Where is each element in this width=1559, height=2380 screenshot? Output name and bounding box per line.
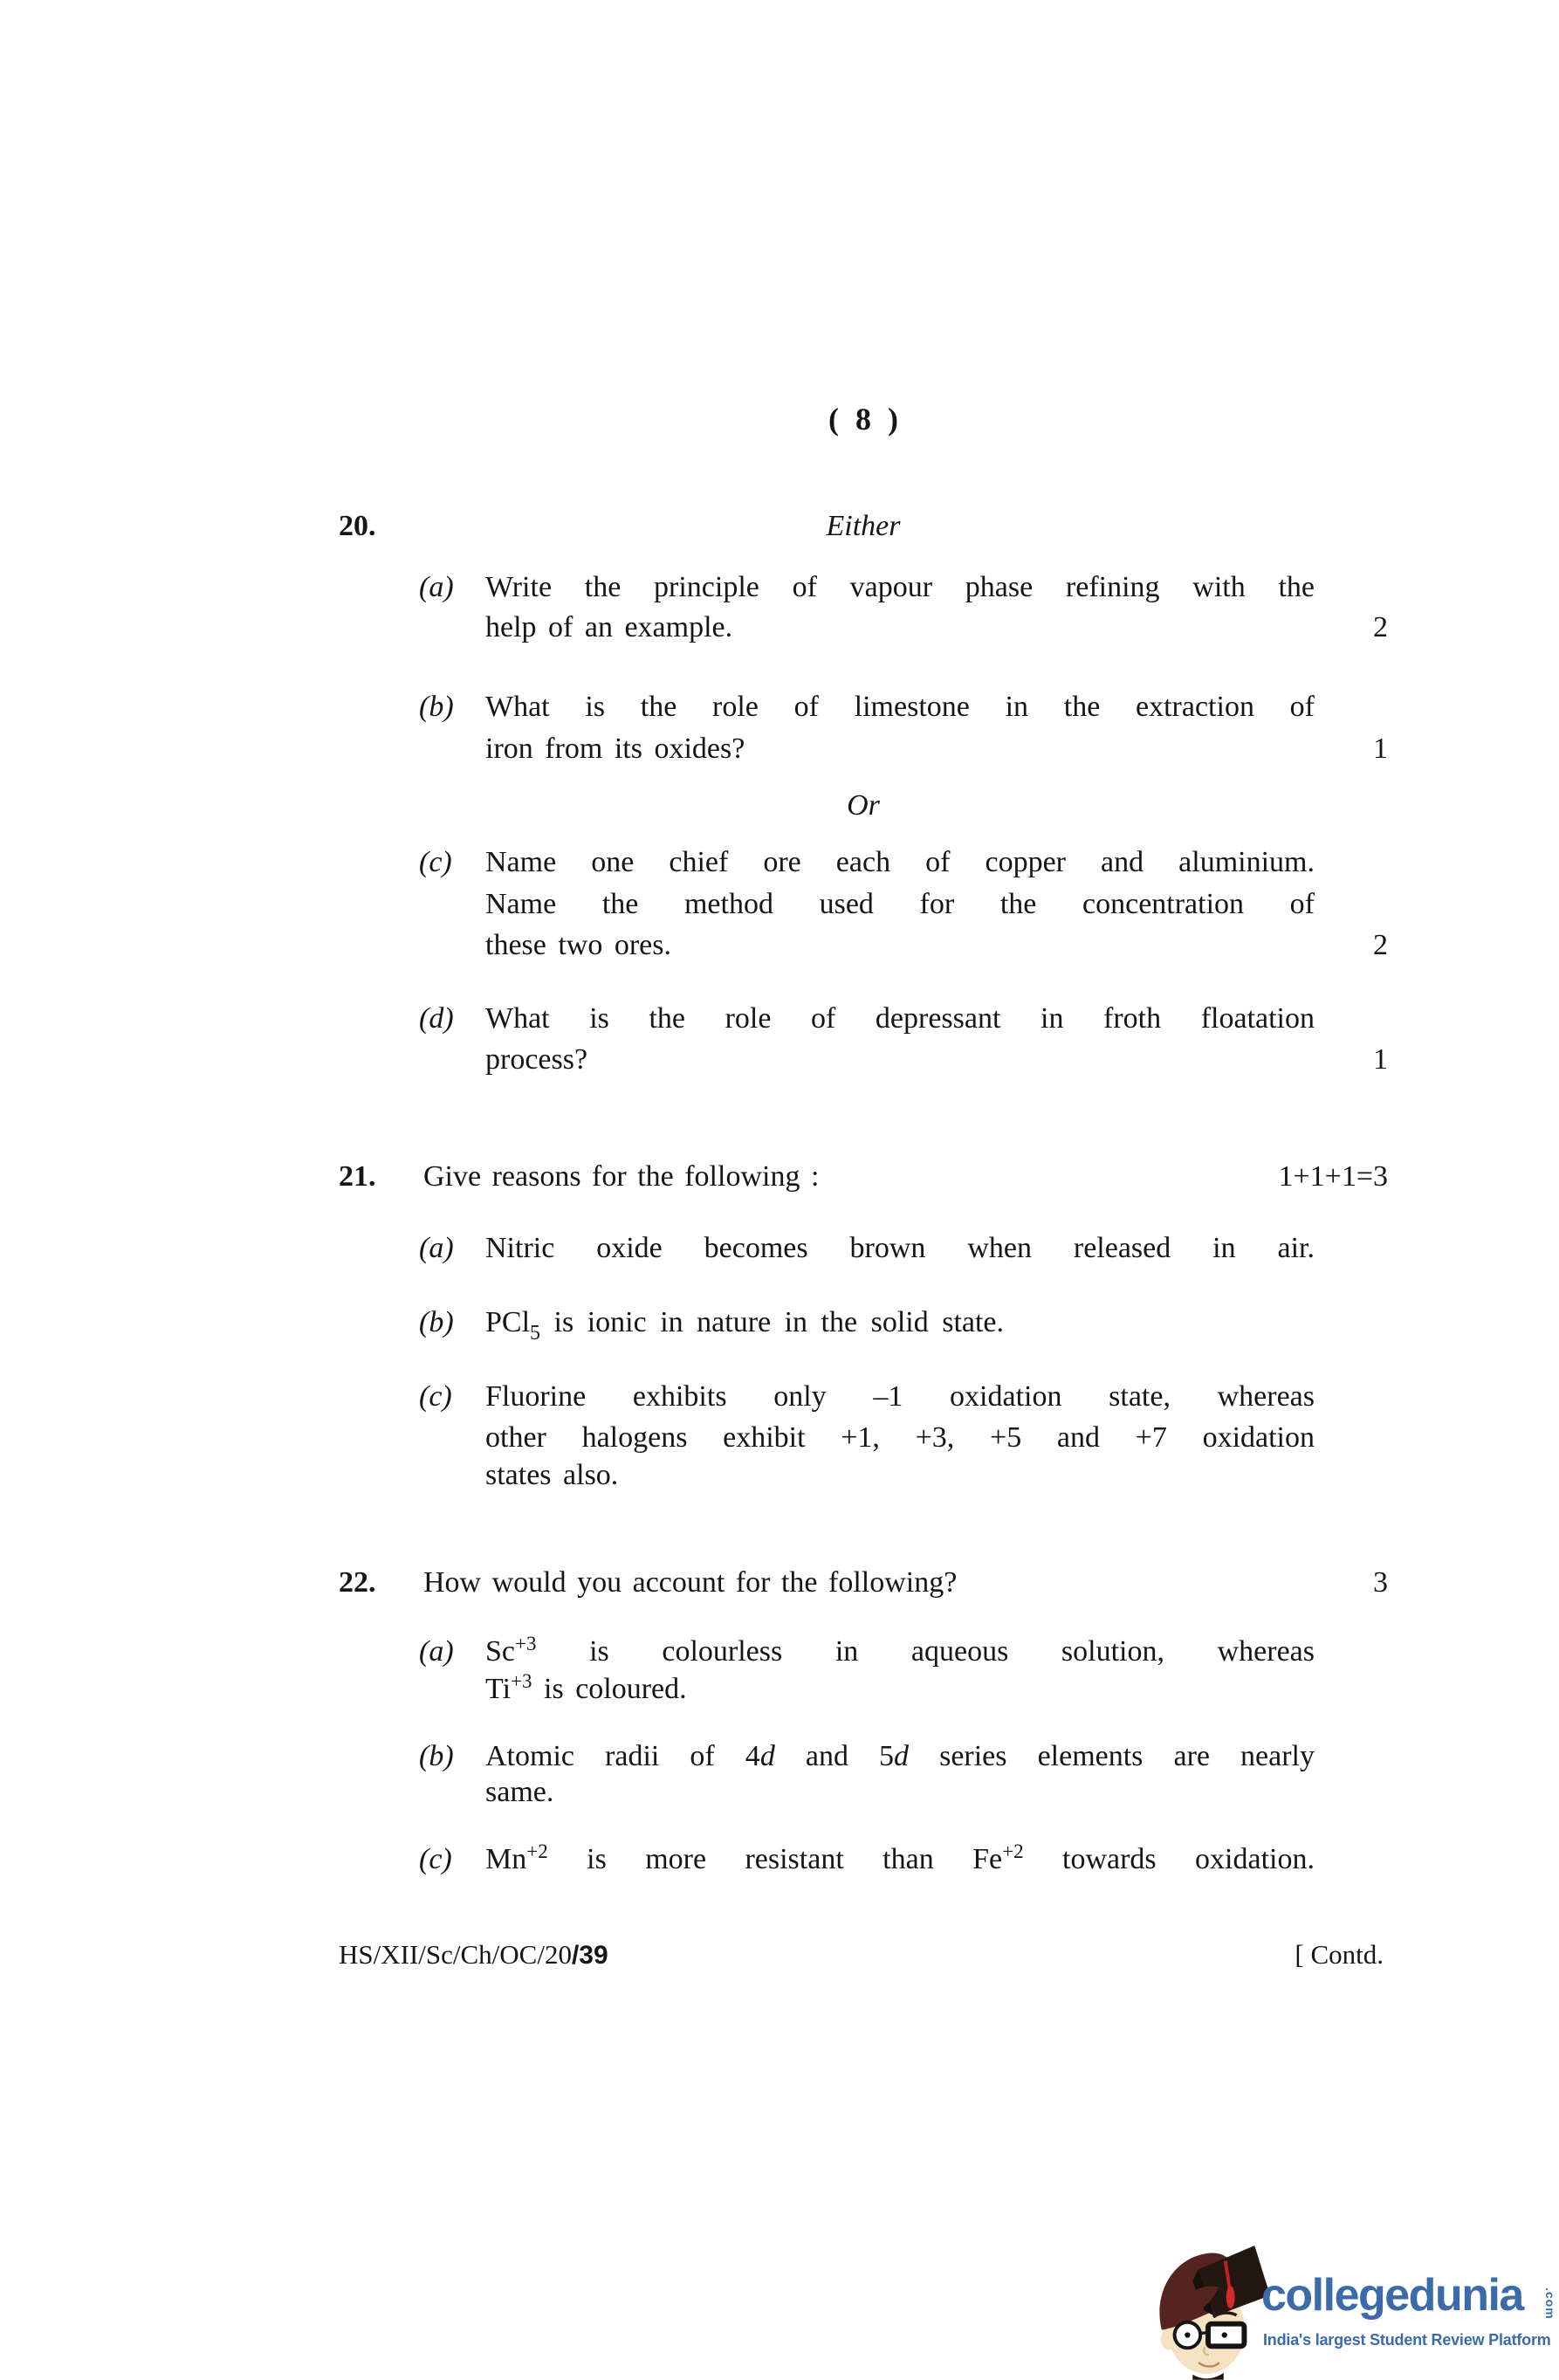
q21c-label: (c)	[419, 1377, 452, 1417]
q21c-text-line-3: states also.	[485, 1455, 1315, 1496]
q22c-label: (c)	[419, 1840, 452, 1880]
q20-or-divider-row: Or	[339, 786, 1388, 826]
q20c-label: (c)	[419, 843, 452, 883]
paper-code: HS/XII/Sc/Ch/OC/20/39	[339, 1936, 608, 1975]
q20b-label: (b)	[419, 687, 454, 727]
q21c-text-line-2: other halogens exhibit +1, +3, +5 and +7…	[485, 1418, 1315, 1458]
question-21-marks: 1+1+1=3	[1278, 1157, 1388, 1197]
q20-or-divider: Or	[339, 786, 1388, 826]
q22c-line-1: (c) Mn+2 is more resistant than Fe+2 tow…	[419, 1840, 1388, 1880]
q21b-formula-subscript: 5	[530, 1322, 540, 1345]
question-20-heading-row: 20. Either	[339, 506, 1388, 547]
q20b-line-1: (b) What is the role of limestone in the…	[419, 687, 1388, 727]
q21c-line-1: (c) Fluorine exhibits only –1 oxidation …	[419, 1377, 1388, 1417]
q21b-text-rest: is ionic in nature in the solid state.	[540, 1306, 1004, 1338]
q20b-marks: 1	[1373, 729, 1388, 769]
q20c-text-line-3: these two ores.	[485, 925, 1315, 966]
q21b-text-line-1: PCl5 is ionic in nature in the solid sta…	[485, 1303, 1315, 1345]
page-footer: HS/XII/Sc/Ch/OC/20/39 [ Contd.	[339, 1936, 1388, 1974]
question-21-heading-row: 21. Give reasons for the following : 1+1…	[339, 1157, 1388, 1197]
q22b-text-seg-1: Atomic radii of 4	[485, 1740, 760, 1772]
q21a-label: (a)	[419, 1228, 454, 1269]
q20d-marks: 1	[1373, 1040, 1388, 1080]
q20c-text-line-2: Name the method used for the concentrati…	[485, 884, 1315, 925]
q20c-marks: 2	[1373, 925, 1388, 966]
q21c-line-2: other halogens exhibit +1, +3, +5 and +7…	[419, 1418, 1388, 1458]
q22a-superscript-1: +3	[515, 1633, 536, 1654]
collegedunia-logo: collegedunia .com India's largest Studen…	[1139, 2225, 1559, 2380]
q22b-text-line-2: same.	[485, 1772, 1315, 1813]
q22a-text-line-1: Sc+3 is colourless in aqueous solution, …	[485, 1632, 1315, 1675]
q21b-label: (b)	[419, 1303, 454, 1343]
q22b-text-seg-2: and 5	[775, 1740, 894, 1772]
question-22-marks: 3	[1373, 1563, 1388, 1603]
q20b-text-line-1: What is the role of limestone in the ext…	[485, 687, 1315, 727]
page-number: ( 8 )	[339, 399, 1388, 439]
question-22-text: How would you account for the following?	[423, 1563, 957, 1603]
q21a-line-1: (a) Nitric oxide becomes brown when rele…	[419, 1228, 1388, 1269]
paper-code-bold: /39	[572, 1941, 608, 1970]
q20c-text-line-1: Name one chief ore each of copper and al…	[485, 843, 1315, 883]
q20d-line-1: (d) What is the role of depressant in fr…	[419, 999, 1388, 1039]
q22b-line-1: (b) Atomic radii of 4d and 5d series ele…	[419, 1737, 1388, 1777]
q22b-text-seg-3: series elements are nearly	[909, 1740, 1315, 1772]
collegedunia-tld-text: .com	[1543, 2287, 1557, 2320]
question-21-number: 21.	[339, 1157, 376, 1197]
q21c-line-3: states also.	[419, 1455, 1388, 1496]
collegedunia-brand-text: collegedunia	[1261, 2268, 1523, 2322]
q22c-text-seg: is more resistant than Fe	[548, 1843, 1002, 1875]
q20c-line-3: these two ores. 2	[419, 925, 1388, 966]
q22c-text-rest: towards oxidation.	[1024, 1843, 1315, 1875]
q21b-formula-base: PCl	[485, 1306, 530, 1338]
q22a-element-1: Sc	[485, 1635, 515, 1668]
q22b-italic-d-1: d	[760, 1740, 775, 1772]
collegedunia-mascot-icon	[1150, 2233, 1270, 2380]
q22c-superscript-1: +2	[526, 1840, 547, 1862]
q20c-line-2: Name the method used for the concentrati…	[419, 884, 1388, 925]
q20b-line-2: iron from its oxides? 1	[419, 729, 1388, 769]
q20a-text-line-2: help of an example.	[485, 608, 1315, 648]
q22a-element-2: Ti	[485, 1673, 511, 1705]
paper-code-regular: HS/XII/Sc/Ch/OC/20	[339, 1939, 572, 1970]
q20a-line-1: (a) Write the principle of vapour phase …	[419, 567, 1388, 608]
q20c-line-1: (c) Name one chief ore each of copper an…	[419, 843, 1388, 883]
q22a-text-rest-1: is colourless in aqueous solution, where…	[536, 1635, 1315, 1668]
q20d-text-line-2: process?	[485, 1040, 1315, 1080]
q22a-line-1: (a) Sc+3 is colourless in aqueous soluti…	[419, 1632, 1388, 1672]
q22c-text-line-1: Mn+2 is more resistant than Fe+2 towards…	[485, 1840, 1315, 1882]
q20a-marks: 2	[1373, 608, 1388, 648]
q20d-label: (d)	[419, 999, 454, 1039]
q22a-text-line-2: Ti+3 is coloured.	[485, 1669, 1315, 1712]
q20b-text-line-2: iron from its oxides?	[485, 729, 1315, 769]
q22a-label: (a)	[419, 1632, 454, 1672]
q22b-italic-d-2: d	[894, 1740, 909, 1772]
q22a-text-rest-2: is coloured.	[532, 1673, 687, 1705]
q22a-superscript-2: +3	[511, 1670, 532, 1692]
q20d-text-line-1: What is the role of depressant in froth …	[485, 999, 1315, 1039]
q20a-text-line-1: Write the principle of vapour phase refi…	[485, 567, 1315, 608]
q20d-line-2: process? 1	[419, 1040, 1388, 1080]
q22b-line-2: same.	[419, 1772, 1388, 1813]
q22b-label: (b)	[419, 1737, 454, 1777]
q21c-text-line-1: Fluorine exhibits only –1 oxidation stat…	[485, 1377, 1315, 1417]
question-20-either-heading: Either	[339, 506, 1388, 547]
collegedunia-tagline: India's largest Student Review Platform	[1263, 2331, 1551, 2349]
question-22-heading-row: 22. How would you account for the follow…	[339, 1563, 1388, 1603]
contd-note: [ Contd.	[1295, 1936, 1384, 1974]
question-22-number: 22.	[339, 1563, 376, 1603]
q20a-label: (a)	[419, 567, 454, 608]
q22c-element-1: Mn	[485, 1843, 526, 1875]
q22b-text-line-1: Atomic radii of 4d and 5d series element…	[485, 1737, 1315, 1777]
exam-paper-page: ( 8 ) 20. Either (a) Write the principle…	[0, 0, 1559, 2380]
q22c-superscript-2: +2	[1002, 1840, 1023, 1862]
q22a-line-2: Ti+3 is coloured.	[419, 1669, 1388, 1709]
q21b-line-1: (b) PCl5 is ionic in nature in the solid…	[419, 1303, 1388, 1343]
q21a-text-line-1: Nitric oxide becomes brown when released…	[485, 1228, 1315, 1269]
q20a-line-2: help of an example. 2	[419, 608, 1388, 648]
question-21-text: Give reasons for the following :	[423, 1157, 819, 1197]
